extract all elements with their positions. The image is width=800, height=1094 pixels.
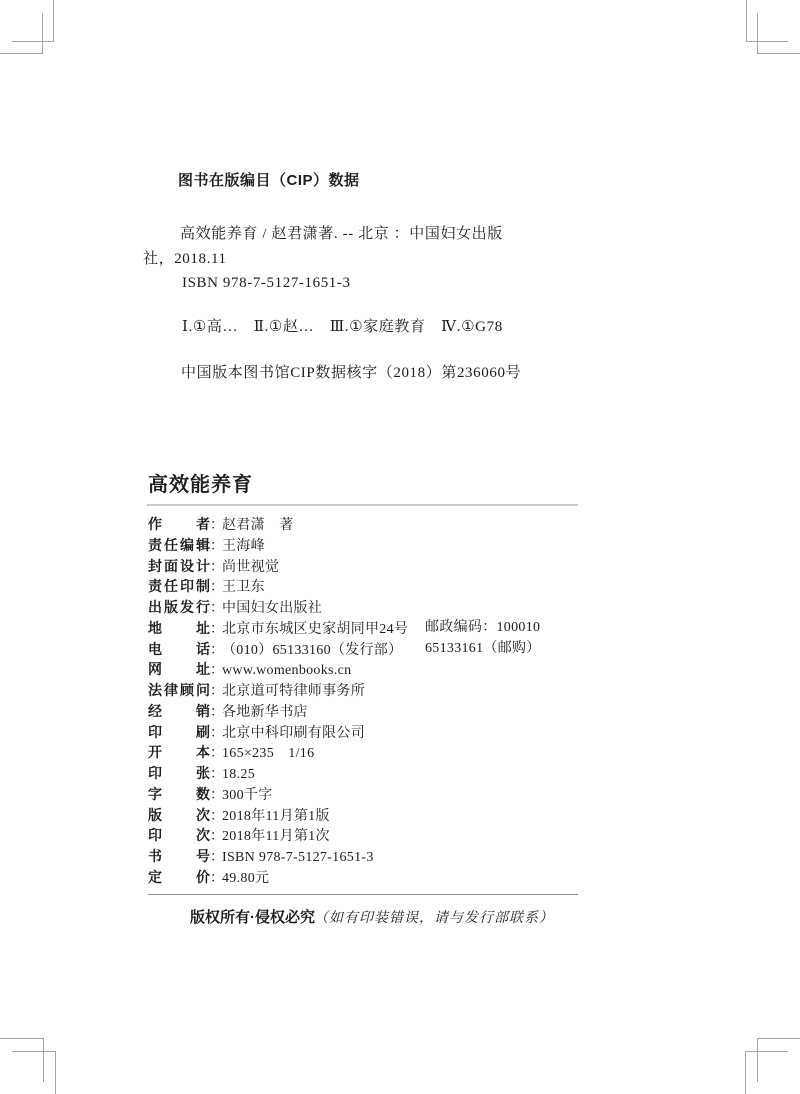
colophon-row-label: 出版发行: [148, 597, 210, 618]
copyright-notice: 版权所有·侵权必究: [190, 908, 315, 928]
crop-mark-line: [43, 1038, 44, 1082]
crop-mark-line: [0, 53, 43, 54]
colophon-row-value: 2018年11月第1版: [222, 809, 330, 824]
colophon-row: 封面设计：尚世视觉: [148, 556, 648, 577]
colophon-row: 印刷：北京中科印刷有限公司: [148, 722, 648, 743]
crop-mark-line: [746, 41, 788, 42]
colophon-row-value: 北京道可特律师事务所: [222, 684, 365, 699]
colophon-row-colon: ：: [210, 848, 222, 869]
colophon-row-value: 北京市东城区史家胡同甲24号: [222, 622, 408, 637]
colophon-row-colon: ：: [210, 599, 222, 620]
crop-mark-line: [0, 1038, 43, 1039]
colophon-row-colon: ：: [210, 641, 222, 662]
colophon-row: 电话：（010）65133160（发行部） 65133161（邮购）: [148, 639, 648, 660]
colophon-list: 作者：赵君潇 著 责任编辑：王海峰 封面设计：尚世视觉 责任印制：王卫东 出版发…: [148, 514, 648, 888]
crop-mark-line: [12, 41, 54, 42]
colophon-row-colon: ：: [210, 516, 222, 537]
colophon-row-colon: ：: [210, 765, 222, 786]
cip-classification-line: Ⅰ.①高… Ⅱ.①赵… Ⅲ.①家庭教育 Ⅳ.①G78: [182, 318, 503, 336]
colophon-row-colon: ：: [210, 578, 222, 599]
colophon-row-value: 165×235 1/16: [222, 746, 314, 761]
crop-mark-line: [757, 13, 758, 54]
colophon-row-colon: ：: [210, 537, 222, 558]
title-divider-rule: [147, 504, 578, 506]
colophon-row-colon: ：: [210, 703, 222, 724]
crop-mark-line: [757, 1038, 800, 1039]
colophon-row: 责任印制：王卫东: [148, 576, 648, 597]
colophon-row: 网址：www.womenbooks.cn: [148, 659, 648, 680]
colophon-row-label: 作者: [148, 514, 210, 535]
copyright-page: 图书在版编目（CIP）数据 高效能养育 / 赵君潇著. -- 北京 ：中国妇女出…: [0, 0, 800, 1094]
colophon-row-colon: ：: [210, 724, 222, 745]
colophon-row-colon: ：: [210, 558, 222, 579]
crop-mark-line: [757, 1038, 758, 1082]
colophon-row-label: 经销: [148, 701, 210, 722]
crop-mark-line: [42, 13, 43, 54]
colophon-row-label: 书号: [148, 846, 210, 867]
colophon-row-value: www.womenbooks.cn: [222, 663, 351, 678]
colophon-row-colon: ：: [210, 661, 222, 682]
colophon-row-label: 法律顾问: [148, 680, 210, 701]
colophon-row: 法律顾问：北京道可特律师事务所: [148, 680, 648, 701]
crop-mark-line: [745, 1051, 788, 1052]
colophon-row-label: 责任印制: [148, 576, 210, 597]
colophon-row-colon: ：: [210, 786, 222, 807]
colophon-row: 地址：北京市东城区史家胡同甲24号 邮政编码：100010: [148, 618, 648, 639]
colophon-row-label: 版次: [148, 805, 210, 826]
crop-mark-line: [757, 53, 800, 54]
colophon-row-label: 印刷: [148, 722, 210, 743]
colophon-row-label: 责任编辑: [148, 535, 210, 556]
colophon-row-value: 王卫东: [222, 580, 265, 595]
colophon-row-extra: 65133161（邮购）: [425, 639, 541, 660]
colophon-row-label: 印次: [148, 825, 210, 846]
cip-record-number-line: 中国版本图书馆CIP数据核字（2018）第236060号: [181, 364, 521, 382]
colophon-row-colon: ：: [210, 827, 222, 848]
colophon-row: 开本：165×235 1/16: [148, 742, 648, 763]
crop-mark-line: [55, 1051, 56, 1094]
colophon-row-value: ISBN 978-7-5127-1651-3: [222, 850, 374, 865]
cip-entry-line2: 社，2018.11: [143, 250, 227, 268]
colophon-row: 定价：49.80元: [148, 867, 648, 888]
colophon-row: 印次：2018年11月第1次: [148, 825, 648, 846]
colophon-row: 字数：300千字: [148, 784, 648, 805]
colophon-row-value: 300千字: [222, 788, 273, 803]
colophon-row-label: 定价: [148, 867, 210, 888]
colophon-row: 印张：18.25: [148, 763, 648, 784]
colophon-row-value: 49.80元: [222, 871, 269, 886]
colophon-row: 书号：ISBN 978-7-5127-1651-3: [148, 846, 648, 867]
colophon-row-colon: ：: [210, 807, 222, 828]
colophon-row-label: 网址: [148, 659, 210, 680]
colophon-row-value: 北京中科印刷有限公司: [222, 726, 365, 741]
book-title: 高效能养育: [148, 472, 253, 498]
colophon-row-extra: 邮政编码：100010: [425, 618, 540, 639]
colophon-row-colon: ：: [210, 620, 222, 641]
colophon-row-colon: ：: [210, 869, 222, 890]
colophon-row-value: 王海峰: [222, 539, 265, 554]
misprint-contact-note: （如有印装错误，请与发行部联系）: [314, 909, 554, 929]
colophon-row-colon: ：: [210, 682, 222, 703]
colophon-row-value: 18.25: [222, 767, 255, 782]
colophon-row-value: 各地新华书店: [222, 705, 308, 720]
crop-mark-line: [746, 0, 747, 41]
cip-isbn-line: ISBN 978-7-5127-1651-3: [182, 274, 351, 292]
crop-mark-line: [12, 1051, 55, 1052]
cip-header: 图书在版编目（CIP）数据: [178, 172, 360, 190]
colophon-row-value: （010）65133160（发行部）: [222, 643, 402, 658]
crop-mark-line: [53, 0, 54, 41]
colophon-row-label: 字数: [148, 784, 210, 805]
colophon-row-label: 开本: [148, 742, 210, 763]
colophon-row: 责任编辑：王海峰: [148, 535, 648, 556]
colophon-row-label: 地址: [148, 618, 210, 639]
colophon-row-label: 电话: [148, 639, 210, 660]
colophon-row-colon: ：: [210, 744, 222, 765]
colophon-row-value: 尚世视觉: [222, 560, 279, 575]
colophon-row-label: 封面设计: [148, 556, 210, 577]
colophon-row-value: 赵君潇 著: [222, 518, 294, 533]
colophon-row: 版次：2018年11月第1版: [148, 805, 648, 826]
colophon-row: 作者：赵君潇 著: [148, 514, 648, 535]
colophon-row-label: 印张: [148, 763, 210, 784]
colophon-row-value: 中国妇女出版社: [222, 601, 322, 616]
colophon-row: 经销：各地新华书店: [148, 701, 648, 722]
colophon-row: 出版发行：中国妇女出版社: [148, 597, 648, 618]
crop-mark-line: [745, 1051, 746, 1094]
cip-entry-line1: 高效能养育 / 赵君潇著. -- 北京 ：中国妇女出版: [180, 225, 503, 243]
footer-divider-rule: [148, 894, 578, 895]
colophon-row-value: 2018年11月第1次: [222, 829, 330, 844]
